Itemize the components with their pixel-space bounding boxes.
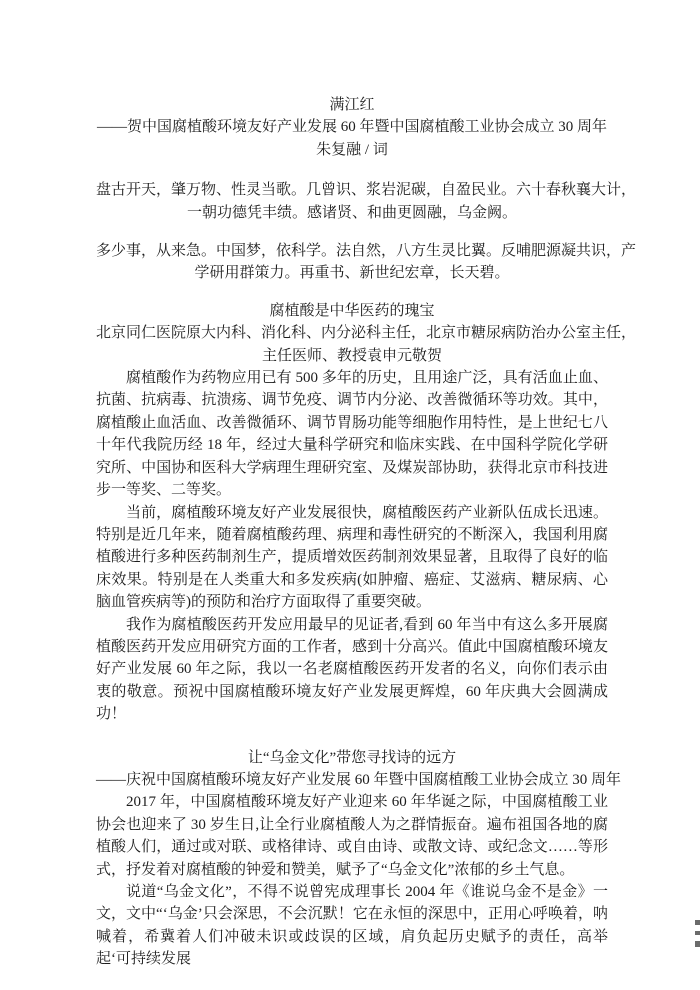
tribute-byline-line2: 主任医师、教授袁申元敬贺 [96, 345, 608, 367]
tribute-title: 腐植酸是中华医药的瑰宝 [96, 300, 608, 322]
poem-dedication: ——贺中国腐植酸环境友好产业发展 60 年暨中国腐植酸工业协会成立 30 周年 [96, 116, 608, 138]
poem-stanza1-line1: 盘古开天，肇万物、性灵当歌。几曾识、浆岩泥碳，自盈民业。六十春秋襄大计， [96, 179, 608, 201]
edge-mark [695, 920, 700, 925]
edge-mark [695, 931, 700, 935]
poem-stanza1-line2: 一朝功德凭丰绩。感诸贤、和曲更圆融，乌金阙。 [96, 202, 608, 224]
poem-stanza2-line2: 学研用群策力。再重书、新世纪宏章，长天碧。 [96, 262, 608, 284]
tribute-paragraph-3: 我作为腐植酸医药开发应用最早的见证者,看到 60 年当中有这么多开展腐植酸医药开… [96, 614, 608, 726]
poem-author: 朱复融 / 词 [96, 139, 608, 161]
page-content: 满江红 ——贺中国腐植酸环境友好产业发展 60 年暨中国腐植酸工业协会成立 30… [96, 94, 608, 971]
spacer [96, 161, 608, 179]
culture-title: 让“乌金文化”带您寻找诗的远方 [96, 747, 608, 769]
culture-paragraph-1: 2017 年，中国腐植酸环境友好产业迎来 60 年华诞之际，中国腐植酸工业协会也… [96, 791, 608, 881]
tribute-paragraph-1: 腐植酸作为药物应用已有 500 多年的历史，且用途广泛，具有活血止血、抗菌、抗病… [96, 367, 608, 501]
spacer [96, 726, 608, 747]
page-edge-artifact [695, 920, 700, 953]
culture-dedication: ——庆祝中国腐植酸环境友好产业发展 60 年暨中国腐植酸工业协会成立 30 周年 [96, 769, 608, 791]
poem-title: 满江红 [96, 94, 608, 116]
tribute-byline-line1: 北京同仁医院原大内科、消化科、内分泌科主任，北京市糖尿病防治办公室主任， [96, 322, 608, 344]
document-page: 满江红 ——贺中国腐植酸环境友好产业发展 60 年暨中国腐植酸工业协会成立 30… [0, 0, 700, 990]
culture-paragraph-2: 说道“乌金文化”，不得不说曾宪成理事长 2004 年《谁说乌金不是金》一文，文中… [96, 881, 608, 971]
poem-stanza2-line1: 多少事，从来急。中国梦，依科学。法自然，八方生灵比翼。反哺肥源凝共识，产 [96, 240, 608, 262]
spacer [96, 285, 608, 300]
tribute-paragraph-2: 当前，腐植酸环境友好产业发展很快，腐植酸医药产业新队伍成长迅速。特别是近几年来，… [96, 502, 608, 614]
edge-mark [695, 941, 700, 947]
spacer [96, 224, 608, 240]
